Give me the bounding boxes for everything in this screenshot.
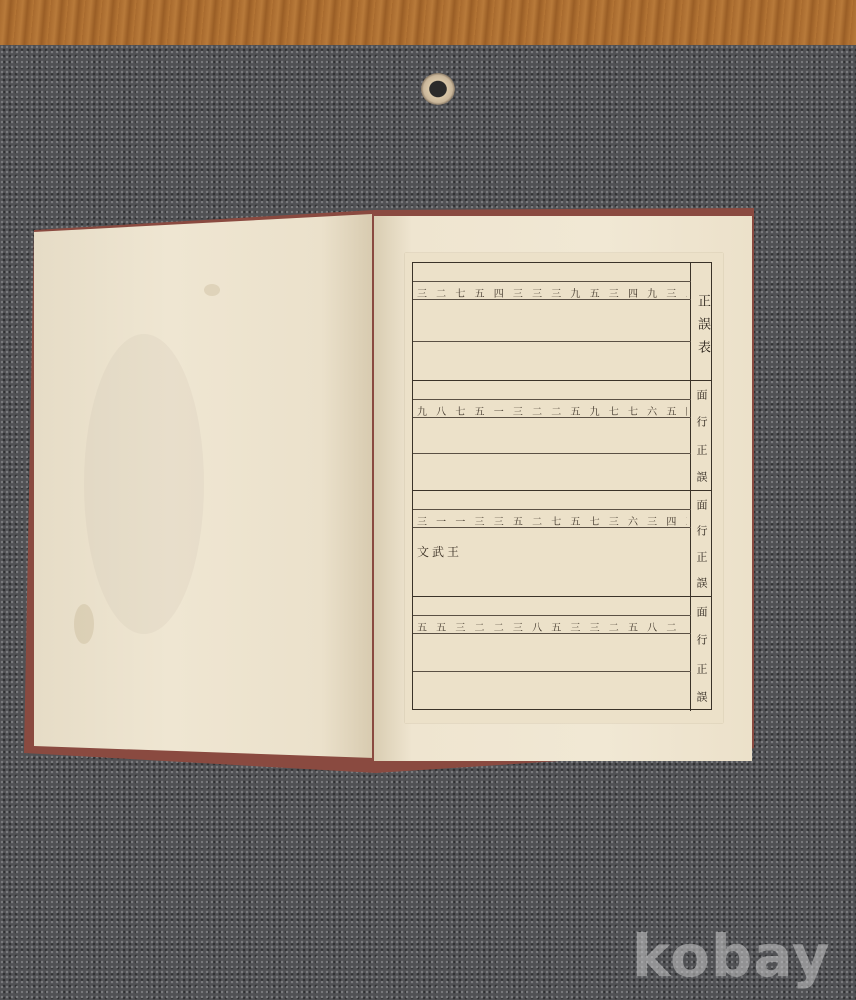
errata-table: 正誤表 三 二 七 五 四 三 三 三 九 五 三 四 九 三 二 五 四 三 … [412, 262, 712, 710]
errata-title: 正誤表 [690, 263, 712, 383]
paper-stain [204, 284, 220, 296]
line-numbers: 三 一 一 三 三 五 二 七 五 七 三 六 三 四 三 五 六 七 二 五 [417, 513, 687, 528]
errata-headers: 面 行 正 誤 [690, 491, 711, 596]
errata-term: 文武王 [417, 543, 687, 560]
line-numbers: 九 八 七 五 一 三 二 二 五 九 七 七 六 五 四 三 九 三 一 五 … [417, 403, 687, 418]
line-numbers: 三 二 七 五 四 三 三 三 九 五 三 四 九 三 二 五 四 三 八 [417, 285, 687, 300]
paper-stain [84, 334, 204, 634]
left-endpaper [34, 214, 372, 758]
errata-headers: 面 行 正 誤 [690, 597, 711, 711]
errata-section-4: 面 行 正 誤 五 五 三 二 二 三 八 五 三 三 二 五 八 二 [413, 597, 711, 711]
errata-section-3: 面 行 正 誤 三 一 一 三 三 五 二 七 五 七 三 六 三 四 三 五 … [413, 491, 711, 597]
paper-stain [74, 604, 94, 644]
grommet-hole [421, 73, 455, 105]
errata-section-1: 正誤表 三 二 七 五 四 三 三 三 九 五 三 四 九 三 二 五 四 三 … [413, 263, 711, 381]
errata-headers: 面 行 正 誤 [690, 381, 711, 490]
line-numbers: 五 五 三 二 二 三 八 五 三 三 二 五 八 二 [417, 619, 687, 634]
errata-section-2: 面 行 正 誤 九 八 七 五 一 三 二 二 五 九 七 七 六 五 四 三 … [413, 381, 711, 491]
watermark: kobay [632, 922, 831, 990]
